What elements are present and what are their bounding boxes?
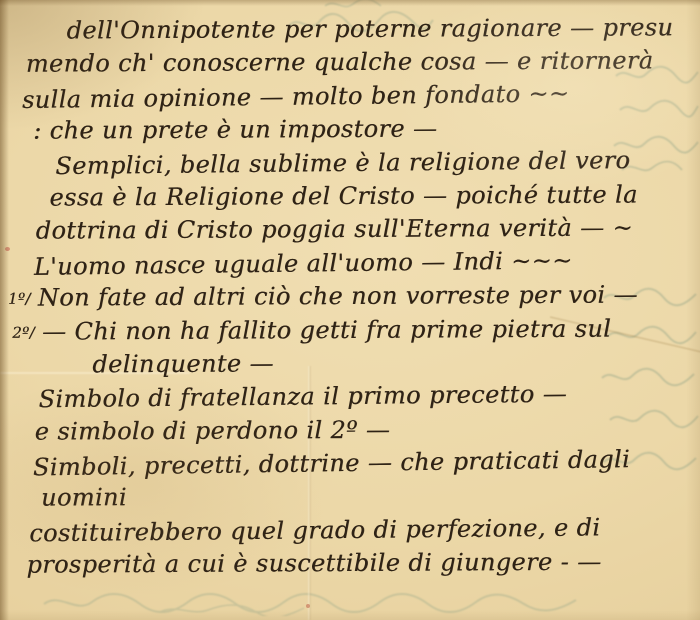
line-text: essa è la Religione del Cristo — poiché … bbox=[49, 180, 637, 211]
manuscript-line: prosperità a cui è suscettibile di giung… bbox=[1, 545, 700, 582]
line-text: : che un prete è un impostore — bbox=[33, 115, 437, 145]
manuscript-line: costituirebbero quel grado di perfezione… bbox=[1, 510, 700, 551]
line-text: L'uomo nasce uguale all'uomo — Indi ~~~ bbox=[34, 246, 573, 281]
line-text: mendo ch' conoscerne qualche cosa — e ri… bbox=[26, 47, 654, 78]
line-text: e simbolo di perdono il 2º — bbox=[35, 415, 391, 445]
manuscript-line: : che un prete è un impostore — bbox=[0, 111, 699, 148]
line-text: uomini bbox=[41, 484, 127, 512]
manuscript-line: essa è la Religione del Cristo — poiché … bbox=[0, 178, 700, 215]
manuscript-line: Simbolo di fratellanza il primo precetto… bbox=[0, 377, 700, 418]
line-text: Non fate ad altri ciò che non vorreste p… bbox=[38, 281, 638, 312]
line-text: dottrina di Cristo poggia sull'Eterna ve… bbox=[36, 214, 634, 245]
line-text: prosperità a cui è suscettibile di giung… bbox=[26, 548, 601, 579]
line-text: costituirebbero quel grado di perfezione… bbox=[29, 513, 600, 547]
manuscript-line: Semplici, bella sublime è la religione d… bbox=[0, 143, 699, 184]
line-text: sulla mia opinione — molto ben fondato ~… bbox=[22, 79, 570, 114]
line-marker: 2º/ bbox=[12, 323, 35, 341]
line-text: Simboli, precetti, dottrine — che pratic… bbox=[33, 445, 631, 481]
line-text: Semplici, bella sublime è la religione d… bbox=[55, 146, 630, 180]
manuscript-line: 1º/Non fate ad altri ciò che non vorrest… bbox=[0, 278, 700, 315]
ink-bleedthrough bbox=[40, 588, 580, 616]
manuscript-line: 2º/— Chi non ha fallito getti fra prime … bbox=[0, 312, 700, 349]
ink-speck bbox=[306, 604, 310, 608]
line-text: Simbolo di fratellanza il primo precetto… bbox=[38, 380, 567, 414]
line-text: dell'Onnipotente per poterne ragionare —… bbox=[67, 13, 674, 44]
line-marker: 1º/ bbox=[8, 290, 31, 308]
manuscript-line: dell'Onnipotente per poterne ragionare —… bbox=[0, 11, 699, 48]
manuscript-scan: dell'Onnipotente per poterne ragionare —… bbox=[0, 0, 700, 620]
line-text: — Chi non ha fallito getti fra prime pie… bbox=[42, 314, 611, 345]
manuscript-text: dell'Onnipotente per poterne ragionare —… bbox=[0, 11, 700, 582]
line-text: delinquente — bbox=[92, 349, 274, 378]
manuscript-line: uomini bbox=[1, 479, 700, 516]
